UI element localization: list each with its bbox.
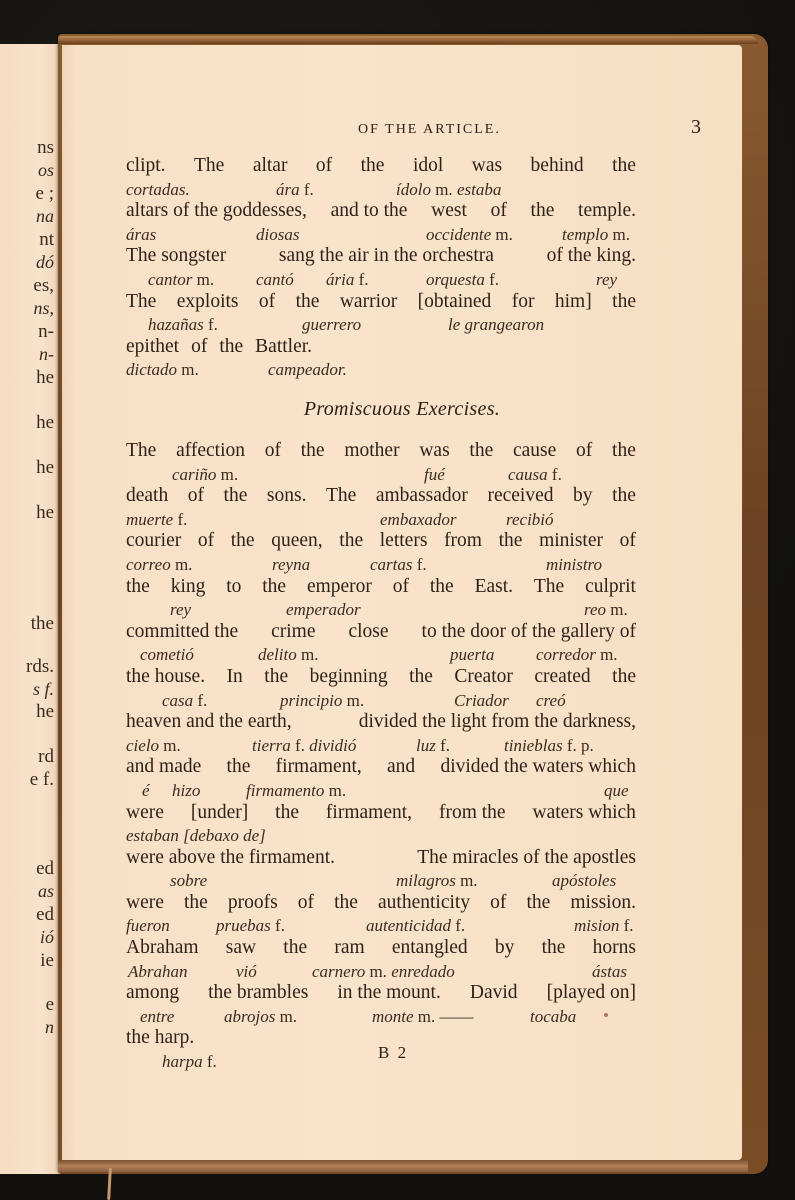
spanish-gloss: cantor m. bbox=[148, 270, 214, 290]
english-line: committed thecrimecloseto the door of th… bbox=[126, 621, 636, 644]
english-word: of bbox=[491, 200, 507, 223]
spanish-gloss: áras bbox=[126, 225, 156, 245]
english-word: were above the firmament. bbox=[126, 847, 335, 870]
spanish-gloss: rey bbox=[170, 600, 191, 620]
english-word: the harp. bbox=[126, 1027, 194, 1050]
english-word: the bbox=[275, 802, 299, 825]
spanish-gloss: hizo bbox=[172, 781, 200, 801]
left-page-text-fragment: he bbox=[36, 368, 54, 387]
english-word: exploits bbox=[177, 291, 239, 314]
english-word: the bbox=[409, 666, 433, 689]
spanish-gloss-line: cometiódelito m.puertacorredor m. bbox=[126, 643, 636, 666]
spanish-gloss: templo m. bbox=[562, 225, 630, 245]
spanish-gloss: monte m. —— bbox=[372, 1007, 474, 1027]
english-word: The miracles of the apostles bbox=[417, 847, 636, 870]
spanish-gloss: tinieblas f. p. bbox=[504, 736, 594, 756]
spanish-gloss: tocaba bbox=[530, 1007, 576, 1027]
spanish-gloss: creó bbox=[536, 691, 566, 711]
english-word: west bbox=[431, 200, 467, 223]
spanish-gloss: harpa f. bbox=[162, 1052, 217, 1072]
spanish-gloss: cartas f. bbox=[370, 555, 427, 575]
english-word: warrior bbox=[340, 291, 397, 314]
exercise-block-2: Theaffectionofthemotherwasthecauseofthec… bbox=[126, 440, 636, 1073]
english-word: the bbox=[339, 530, 363, 553]
left-page-text-fragment: n- bbox=[39, 345, 54, 363]
left-page-text-fragment: os bbox=[38, 161, 54, 179]
english-word: from bbox=[444, 530, 482, 553]
english-word: mission. bbox=[570, 892, 636, 915]
english-word: courier bbox=[126, 530, 181, 553]
left-page-text-fragment: he bbox=[36, 413, 54, 432]
spanish-gloss: puerta bbox=[450, 645, 494, 665]
spanish-gloss: rey bbox=[596, 270, 617, 290]
english-word: proofs bbox=[228, 892, 278, 915]
spanish-gloss: sobre bbox=[170, 871, 207, 891]
spanish-gloss: abrojos m. bbox=[224, 1007, 297, 1027]
ink-spot bbox=[604, 1013, 608, 1017]
english-word: ram bbox=[334, 937, 364, 960]
english-line: weretheproofsoftheauthenticityofthemissi… bbox=[126, 892, 636, 915]
spanish-gloss: apóstoles bbox=[552, 871, 616, 891]
english-word: minister bbox=[539, 530, 603, 553]
spanish-gloss: cortadas. bbox=[126, 180, 190, 200]
left-page-text-fragment: e f. bbox=[30, 770, 54, 789]
left-page-text-fragment: e ; bbox=[36, 184, 54, 203]
spanish-gloss: embaxador bbox=[380, 510, 456, 530]
english-word: was bbox=[472, 155, 502, 178]
spanish-gloss: diosas bbox=[256, 225, 299, 245]
english-word: the bbox=[262, 576, 286, 599]
spanish-gloss: recibió bbox=[506, 510, 554, 530]
english-word: clipt. bbox=[126, 155, 166, 178]
spanish-gloss: cometió bbox=[140, 645, 194, 665]
left-page-text-fragment: ed bbox=[36, 905, 54, 924]
spanish-gloss-line: éhizofirmamento m.que bbox=[126, 779, 636, 802]
english-word: among bbox=[126, 982, 179, 1005]
english-word: him] bbox=[555, 291, 592, 314]
english-line: were above the firmament.The miracles of… bbox=[126, 847, 636, 870]
left-page-text-fragment: n bbox=[45, 1018, 54, 1036]
english-word: received bbox=[487, 485, 553, 508]
spanish-gloss: mision f. bbox=[574, 916, 634, 936]
english-line: the house.InthebeginningtheCreatorcreate… bbox=[126, 666, 636, 689]
english-line: Theaffectionofthemotherwasthecauseofthe bbox=[126, 440, 636, 463]
spanish-gloss-line: árasdiosasoccidente m.templo m. bbox=[126, 223, 636, 246]
english-word: the bbox=[227, 756, 251, 779]
spanish-gloss: ministro bbox=[546, 555, 602, 575]
english-word: from the bbox=[439, 802, 506, 825]
english-word: the bbox=[531, 200, 555, 223]
english-word: authenticity bbox=[378, 892, 470, 915]
english-word: the bbox=[224, 485, 248, 508]
english-word: were bbox=[126, 892, 164, 915]
english-word: the bbox=[542, 937, 566, 960]
spanish-gloss-line: muerte f.embaxadorrecibió bbox=[126, 508, 636, 531]
spanish-gloss-line: cielo m.tierra f. dividióluz f.tinieblas… bbox=[126, 734, 636, 757]
english-line: and madethefirmament,anddivided the wate… bbox=[126, 756, 636, 779]
left-page-text-fragment: as bbox=[38, 882, 54, 900]
spanish-gloss: correo m. bbox=[126, 555, 192, 575]
signature-mark: B 2 bbox=[378, 1043, 408, 1063]
spanish-gloss: firmamento m. bbox=[246, 781, 346, 801]
english-word: for bbox=[512, 291, 535, 314]
section-heading: Promiscuous Exercises. bbox=[62, 398, 742, 421]
spanish-gloss-line: reyemperadorreo m. bbox=[126, 598, 636, 621]
english-word: the bbox=[296, 291, 320, 314]
spanish-gloss: que bbox=[604, 781, 629, 801]
english-word: to bbox=[226, 576, 241, 599]
english-word: the bbox=[612, 485, 636, 508]
left-page-text-fragment: es, bbox=[33, 276, 54, 295]
english-word: queen, bbox=[271, 530, 322, 553]
spanish-gloss: é bbox=[142, 781, 150, 801]
left-page-text-fragment: ie bbox=[40, 951, 54, 970]
left-facing-page: nsose ;nantdóes,ns,n-n-hehehehetherds.s … bbox=[0, 44, 61, 1174]
spanish-gloss: principio m. bbox=[280, 691, 364, 711]
english-word: death bbox=[126, 485, 168, 508]
spanish-gloss: Criador bbox=[454, 691, 509, 711]
spanish-gloss: ástas bbox=[592, 962, 627, 982]
english-word: the bbox=[612, 440, 636, 463]
english-word: of bbox=[198, 530, 214, 553]
spanish-gloss: occidente m. bbox=[426, 225, 513, 245]
english-line: The songstersang the air in the orchestr… bbox=[126, 245, 636, 268]
english-word: temple. bbox=[578, 200, 636, 223]
english-word: behind bbox=[531, 155, 584, 178]
running-title: OF THE ARTICLE. bbox=[358, 122, 501, 138]
english-word: divided the light from the darkness, bbox=[359, 711, 636, 734]
english-word: to the door of the gallery of bbox=[422, 621, 636, 644]
spanish-gloss-line: cantor m.cantóária f.orquesta f.rey bbox=[126, 268, 636, 291]
english-word: idol bbox=[413, 155, 443, 178]
english-word: created bbox=[534, 666, 590, 689]
spanish-gloss: corredor m. bbox=[536, 645, 618, 665]
english-word: altars of the goddesses, bbox=[126, 200, 307, 223]
english-word: heaven and the earth, bbox=[126, 711, 292, 734]
spanish-gloss: delito m. bbox=[258, 645, 318, 665]
spanish-gloss-line: dictado m.campeador. bbox=[126, 358, 636, 381]
english-word: saw bbox=[226, 937, 256, 960]
english-line: amongthe bramblesin the mount.David[play… bbox=[126, 982, 636, 1005]
spanish-gloss: milagros m. bbox=[396, 871, 478, 891]
spanish-gloss: cielo m. bbox=[126, 736, 181, 756]
spanish-gloss: autenticidad f. bbox=[366, 916, 465, 936]
spanish-gloss: reyna bbox=[272, 555, 310, 575]
english-word: The bbox=[534, 576, 564, 599]
spanish-gloss-line: sobremilagros m.apóstoles bbox=[126, 869, 636, 892]
english-word: firmament, bbox=[326, 802, 412, 825]
spanish-gloss: fueron bbox=[126, 916, 170, 936]
english-word: Creator bbox=[454, 666, 512, 689]
left-page-text-fragment: e bbox=[46, 995, 54, 1014]
left-page-text-fragment: s f. bbox=[33, 680, 54, 698]
english-word: of bbox=[265, 440, 281, 463]
left-page-text-fragment: he bbox=[36, 458, 54, 477]
spanish-gloss-line: Abrahanviócarnero m. enredadoástas bbox=[126, 960, 636, 983]
english-word: the bbox=[612, 666, 636, 689]
english-word: The songster bbox=[126, 245, 226, 268]
spanish-gloss: le grangearon bbox=[448, 315, 544, 335]
cover-top-edge bbox=[58, 36, 758, 44]
english-word: of bbox=[316, 155, 332, 178]
english-word: by bbox=[573, 485, 593, 508]
left-page-text-fragment: he bbox=[36, 503, 54, 522]
english-line: clipt.Thealtaroftheidolwasbehindthe bbox=[126, 155, 636, 178]
english-line: epithetoftheBattler. bbox=[126, 336, 636, 359]
english-word: waters which bbox=[533, 802, 636, 825]
english-word: culprit bbox=[585, 576, 636, 599]
english-word: were bbox=[126, 802, 164, 825]
english-word: The bbox=[126, 291, 156, 314]
spanish-gloss: cariño m. bbox=[172, 465, 238, 485]
english-line: altars of the goddesses,and to thewestof… bbox=[126, 200, 636, 223]
left-page-text-fragment: the bbox=[31, 614, 54, 633]
english-word: of bbox=[298, 892, 314, 915]
english-word: of bbox=[620, 530, 636, 553]
english-line: were[under]thefirmament,from thewaters w… bbox=[126, 802, 636, 825]
left-page-text-fragment: ed bbox=[36, 859, 54, 878]
spanish-gloss: ára f. bbox=[276, 180, 314, 200]
english-word: and bbox=[387, 756, 415, 779]
left-page-text-fragment: ió bbox=[40, 928, 54, 946]
english-word: [under] bbox=[191, 802, 248, 825]
english-word: the bbox=[301, 440, 325, 463]
spanish-gloss-line: fueronpruebas f.autenticidad f.mision f. bbox=[126, 914, 636, 937]
english-word: Abraham bbox=[126, 937, 199, 960]
spanish-gloss: pruebas f. bbox=[216, 916, 285, 936]
cover-bottom-edge bbox=[58, 1160, 748, 1172]
spanish-gloss: vió bbox=[236, 962, 257, 982]
english-word: affection bbox=[176, 440, 245, 463]
english-word: committed the bbox=[126, 621, 238, 644]
english-word: in the mount. bbox=[337, 982, 440, 1005]
english-word: of bbox=[191, 336, 207, 359]
english-word: horns bbox=[593, 937, 636, 960]
spanish-gloss: guerrero bbox=[302, 315, 361, 335]
spanish-gloss: reo m. bbox=[584, 600, 628, 620]
english-word: the bbox=[184, 892, 208, 915]
english-word: cause bbox=[513, 440, 556, 463]
english-word: divided the waters which bbox=[440, 756, 636, 779]
english-word: crime bbox=[271, 621, 315, 644]
english-word: emperor bbox=[307, 576, 372, 599]
english-word: the bbox=[430, 576, 454, 599]
english-word: sons. bbox=[267, 485, 307, 508]
english-word: the bbox=[526, 892, 550, 915]
spanish-gloss: orquesta f. bbox=[426, 270, 499, 290]
spanish-gloss: ídolo m. estaba bbox=[396, 180, 501, 200]
english-word: of the king. bbox=[547, 245, 636, 268]
english-word: close bbox=[348, 621, 388, 644]
english-word: the house. bbox=[126, 666, 205, 689]
english-word: entangled bbox=[392, 937, 468, 960]
english-word: by bbox=[495, 937, 515, 960]
english-line: deathofthesons.Theambassadorreceivedbyth… bbox=[126, 485, 636, 508]
spanish-gloss-line: entreabrojos m.monte m. ——tocaba bbox=[126, 1005, 636, 1028]
spanish-gloss: campeador. bbox=[268, 360, 347, 380]
english-word: the bbox=[361, 155, 385, 178]
english-word: Battler. bbox=[255, 336, 312, 359]
spanish-gloss-line: hazañas f.guerrerole grangearon bbox=[126, 313, 636, 336]
english-word: the bbox=[283, 937, 307, 960]
english-word: the bbox=[499, 530, 523, 553]
english-word: the bbox=[219, 336, 243, 359]
english-word: of bbox=[490, 892, 506, 915]
english-word: of bbox=[393, 576, 409, 599]
english-word: was bbox=[419, 440, 449, 463]
left-page-text-fragment: he bbox=[36, 702, 54, 721]
english-word: sang the air in the orchestra bbox=[279, 245, 494, 268]
english-word: of bbox=[188, 485, 204, 508]
english-word: ambassador bbox=[376, 485, 468, 508]
spanish-gloss-line: cortadas.ára f.ídolo m. estaba bbox=[126, 178, 636, 201]
spanish-gloss: ária f. bbox=[326, 270, 369, 290]
english-word: epithet bbox=[126, 336, 179, 359]
spanish-gloss: hazañas f. bbox=[148, 315, 218, 335]
spanish-gloss: causa f. bbox=[508, 465, 562, 485]
english-word: the bbox=[231, 530, 255, 553]
english-word: the bbox=[264, 666, 288, 689]
spanish-gloss: luz f. bbox=[416, 736, 450, 756]
english-word: beginning bbox=[310, 666, 388, 689]
spanish-gloss: tierra f. dividió bbox=[252, 736, 356, 756]
english-word: the bbox=[612, 291, 636, 314]
english-word: In bbox=[227, 666, 243, 689]
left-page-text-fragment: nt bbox=[39, 230, 54, 249]
english-word: mother bbox=[344, 440, 399, 463]
english-word: the bbox=[126, 576, 150, 599]
spanish-gloss: fué bbox=[424, 465, 445, 485]
english-line: courierofthequeen,thelettersfromtheminis… bbox=[126, 530, 636, 553]
left-page-text-fragment: n- bbox=[38, 322, 54, 341]
spanish-gloss-line: cariño m.fuécausa f. bbox=[126, 463, 636, 486]
spanish-gloss-line: casa f.principio m.Criadorcreó bbox=[126, 689, 636, 712]
page-number: 3 bbox=[691, 116, 701, 139]
english-word: The bbox=[194, 155, 224, 178]
english-line: thekingtotheemperoroftheEast.Theculprit bbox=[126, 576, 636, 599]
spanish-gloss-line: correo m.reynacartas f.ministro bbox=[126, 553, 636, 576]
english-word: of bbox=[259, 291, 275, 314]
english-line: Theexploitsofthewarrior[obtainedforhim]t… bbox=[126, 291, 636, 314]
english-word: the bbox=[469, 440, 493, 463]
left-page-text-fragment: rd bbox=[38, 747, 54, 766]
spanish-gloss: estaban [debaxo de] bbox=[126, 826, 266, 846]
spanish-gloss: dictado m. bbox=[126, 360, 199, 380]
spanish-gloss-line: estaban [debaxo de] bbox=[126, 824, 636, 847]
english-word: The bbox=[126, 440, 156, 463]
english-word: [played on] bbox=[547, 982, 636, 1005]
english-word: East. bbox=[475, 576, 513, 599]
english-line: Abrahamsawtheramentangledbythehorns bbox=[126, 937, 636, 960]
spanish-gloss: muerte f. bbox=[126, 510, 187, 530]
english-word: firmament, bbox=[276, 756, 362, 779]
spanish-gloss: casa f. bbox=[162, 691, 207, 711]
english-word: altar bbox=[253, 155, 288, 178]
english-word: king bbox=[171, 576, 206, 599]
exercise-block-1: clipt.Thealtaroftheidolwasbehindthecorta… bbox=[126, 155, 636, 381]
spanish-gloss: cantó bbox=[256, 270, 294, 290]
english-word: letters bbox=[380, 530, 428, 553]
english-word: and to the bbox=[331, 200, 408, 223]
english-word: the bbox=[612, 155, 636, 178]
left-page-text-fragment: ns bbox=[37, 138, 54, 157]
spanish-gloss: emperador bbox=[286, 600, 361, 620]
english-word: The bbox=[326, 485, 356, 508]
english-word: of bbox=[576, 440, 592, 463]
spanish-gloss: carnero m. enredado bbox=[312, 962, 455, 982]
left-page-text-fragment: na bbox=[36, 207, 54, 225]
english-word: and made bbox=[126, 756, 201, 779]
english-word: the bbox=[334, 892, 358, 915]
english-word: David bbox=[470, 982, 518, 1005]
spanish-gloss: entre bbox=[140, 1007, 174, 1027]
left-page-text-fragment: rds. bbox=[26, 657, 54, 676]
spanish-gloss: Abrahan bbox=[128, 962, 188, 982]
right-page: OF THE ARTICLE. 3 clipt.Thealtaroftheido… bbox=[62, 45, 742, 1160]
english-word: [obtained bbox=[418, 291, 492, 314]
english-word: the brambles bbox=[208, 982, 308, 1005]
left-page-text-fragment: dó bbox=[36, 253, 54, 271]
english-line: heaven and the earth,divided the light f… bbox=[126, 711, 636, 734]
left-page-text-fragment: ns, bbox=[33, 299, 54, 317]
